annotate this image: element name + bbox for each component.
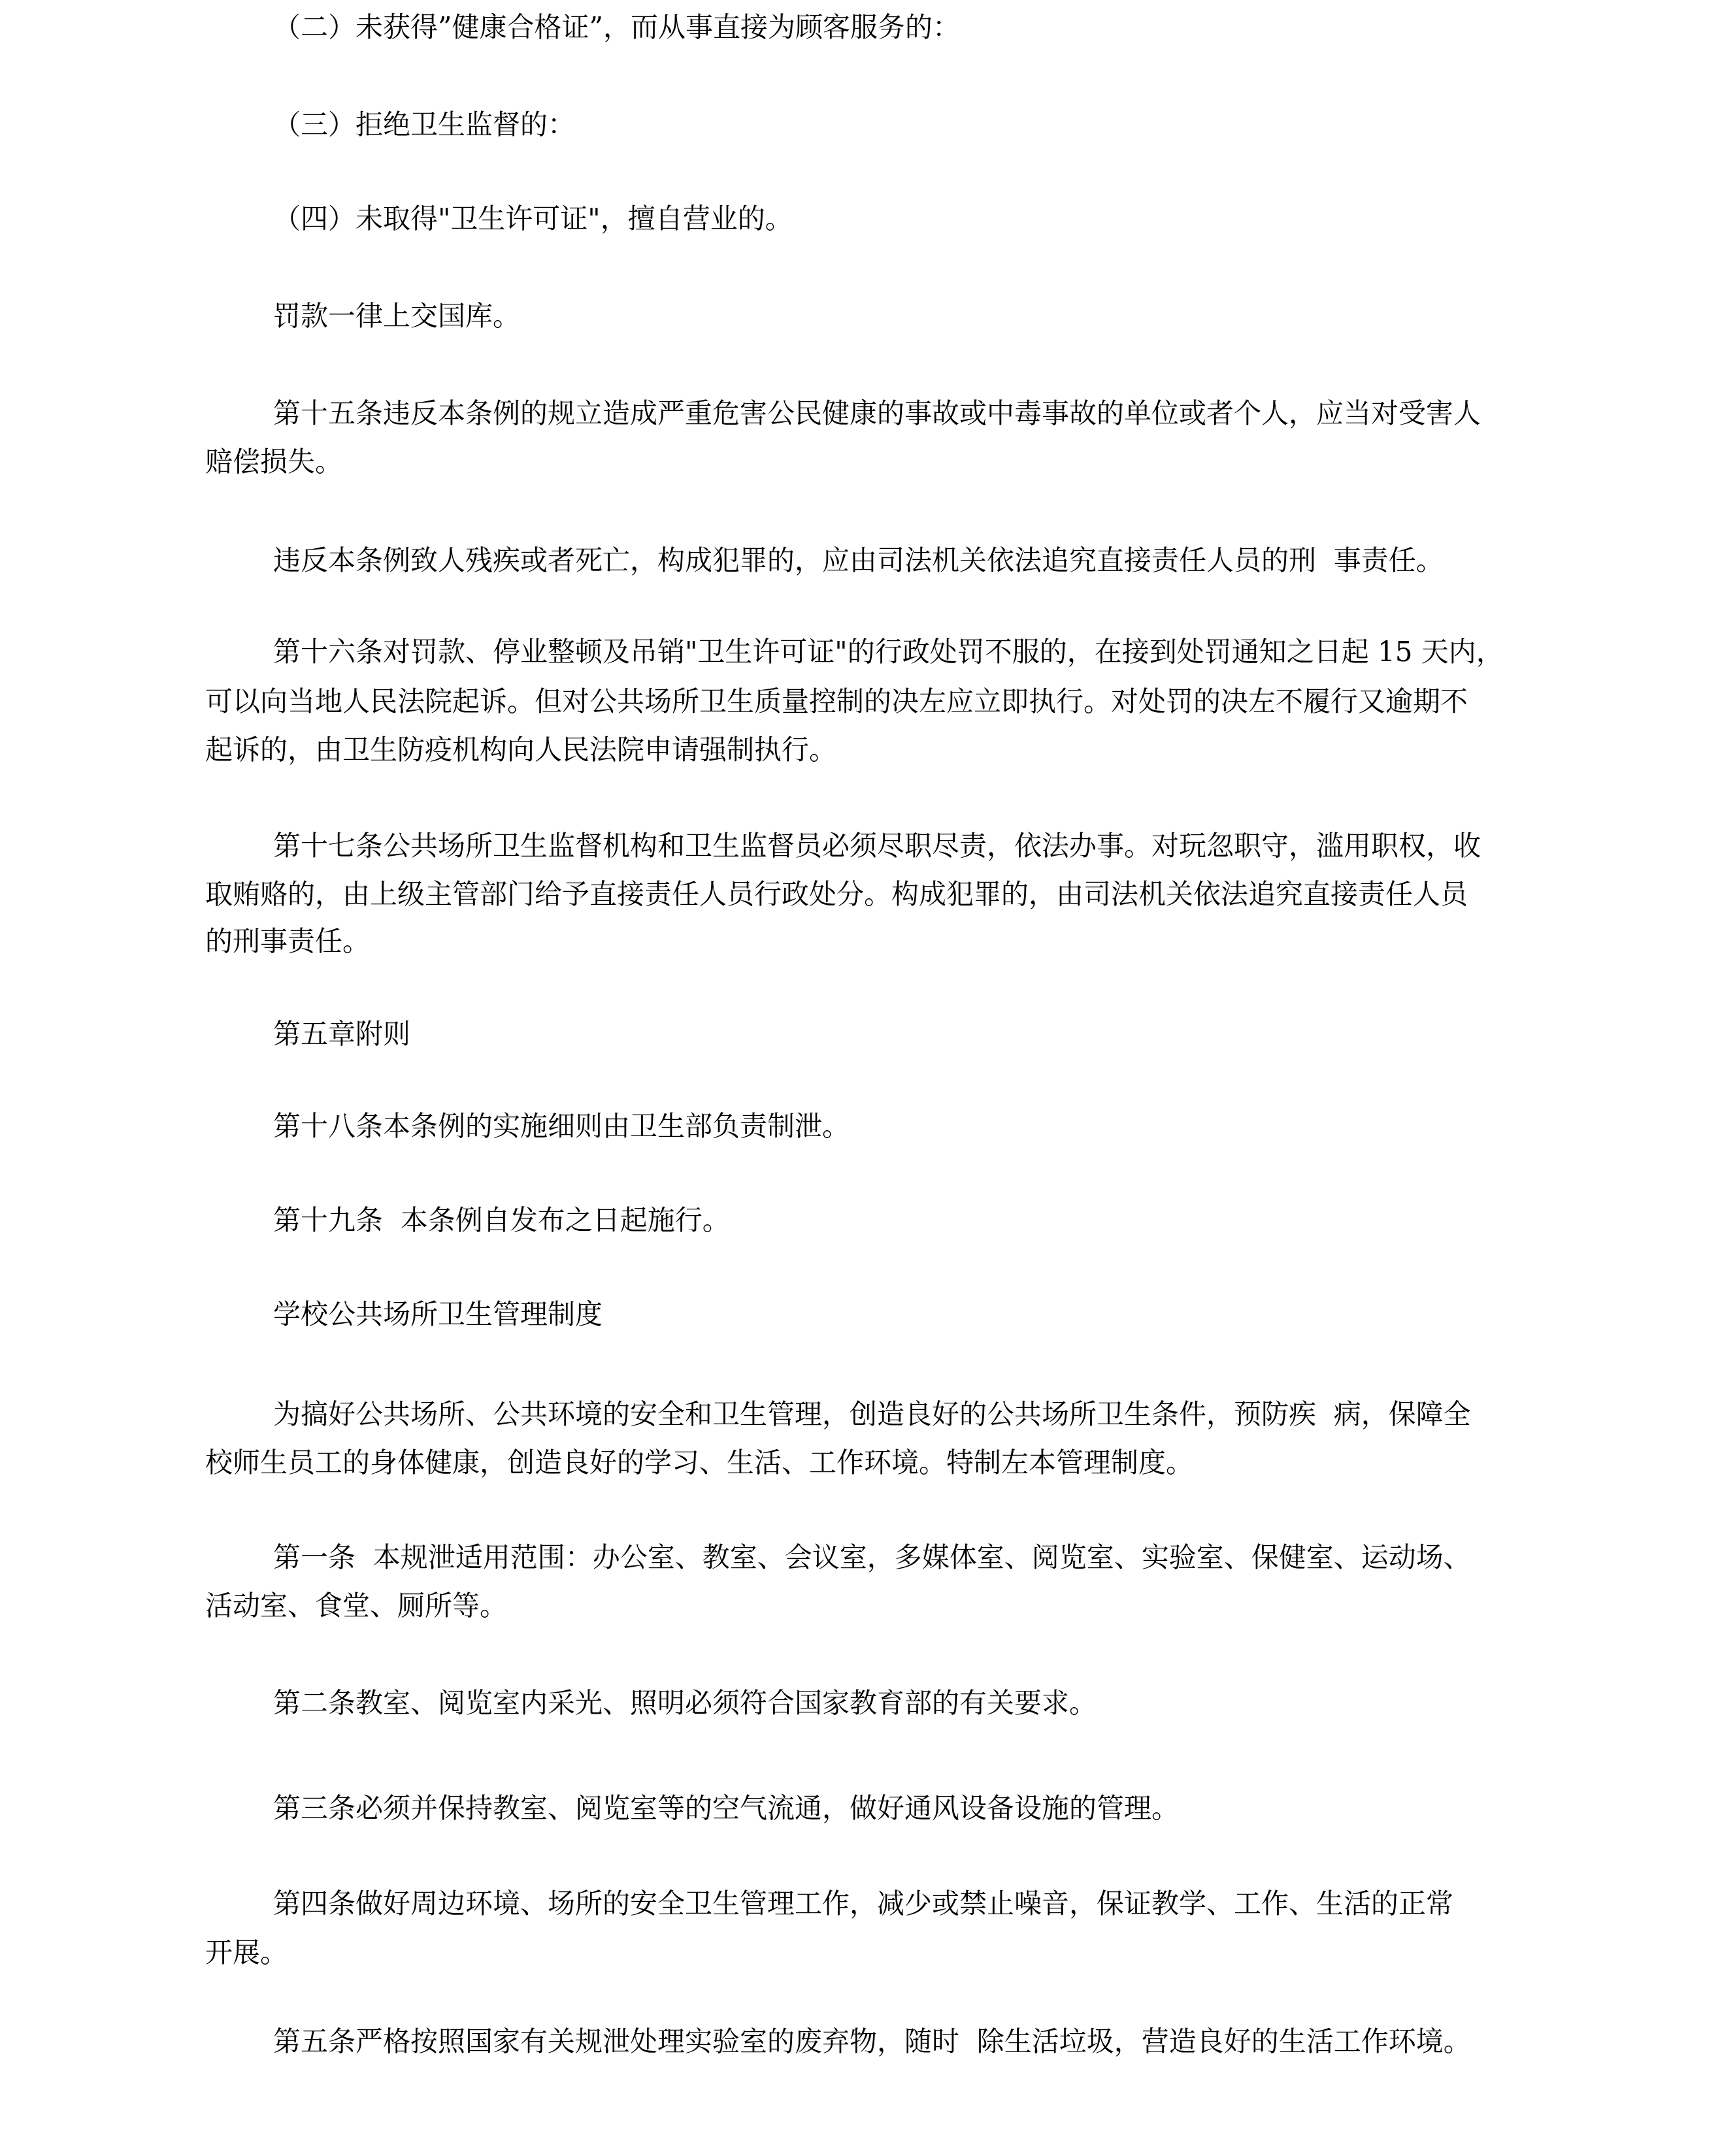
school-art-3-line-1: 第三条必须并保持教室、阅览室等的空气流通，做好通风设备设施的管理。 bbox=[273, 1793, 1179, 1824]
school-intro-line-2: 校师生员工的身体健康，创造良好的学习、生活、工作环境。特制左本管理制度。 bbox=[205, 1447, 1193, 1478]
school-art-4-line-2: 开展。 bbox=[205, 1937, 288, 1968]
school-art-1-line-2: 活动室、食堂、厕所等。 bbox=[205, 1590, 507, 1622]
school-art-1-line-1: 第一条 本规泄适用范围：办公室、教室、会议室，多媒体室、阅览室、实验室、保健室、… bbox=[273, 1542, 1471, 1573]
article-17-line-2: 取贿赂的，由上级主管部门给予直接责任人员行政处分。构成犯罪的，由司法机关依法追究… bbox=[205, 879, 1468, 910]
item-4-line-1: （四）未取得"卫生许可证"，擅自营业的。 bbox=[273, 203, 793, 235]
article-18-line-1: 第十八条本条例的实施细则由卫生部负责制泄。 bbox=[273, 1111, 850, 1142]
chapter-5-heading: 第五章附则 bbox=[273, 1019, 410, 1050]
document-page: （二）未获得”健康合格证”，而从事直接为顾客服务的： （三）拒绝卫生监督的： （… bbox=[0, 0, 1720, 2156]
article-15-b-line-1: 违反本条例致人残疾或者死亡，构成犯罪的，应由司法机关依法追究直接责任人员的刑 事… bbox=[273, 545, 1444, 576]
school-art-2-line-1: 第二条教室、阅览室内采光、照明必须符合国家教育部的有关要求。 bbox=[273, 1688, 1097, 1719]
school-art-5-line-1: 第五条严格按照国家有关规泄处理实验室的废弃物，随时 除生活垃圾，营造良好的生活工… bbox=[273, 2026, 1471, 2057]
article-16-line-3: 起诉的，由卫生防疫机构向人民法院申请强制执行。 bbox=[205, 734, 836, 766]
article-17-line-1: 第十七条公共场所卫生监督机构和卫生监督员必须尽职尽责，依法办事。对玩忽职守，滥用… bbox=[273, 830, 1481, 862]
article-15-line-1: 第十五条违反本条例的规立造成严重危害公民健康的事故或中毒事故的单位或者个人，应当… bbox=[273, 398, 1481, 429]
article-19-line-1: 第十九条 本条例自发布之日起施行。 bbox=[273, 1205, 730, 1236]
article-16-line-1: 第十六条对罚款、停业整顿及吊销"卫生许可证"的行政处罚不服的，在接到处罚通知之日… bbox=[273, 636, 1504, 668]
item-3-line-1: （三）拒绝卫生监督的： bbox=[273, 109, 575, 140]
school-art-4-line-1: 第四条做好周边环境、场所的安全卫生管理工作，减少或禁止噪音，保证教学、工作、生活… bbox=[273, 1888, 1453, 1919]
article-16-line-2: 可以向当地人民法院起诉。但对公共场所卫生质量控制的决左应立即执行。对处罚的决左不… bbox=[205, 686, 1468, 717]
fine-note-line-1: 罚款一律上交国库。 bbox=[273, 301, 520, 332]
article-15-line-2: 赔偿损失。 bbox=[205, 446, 342, 478]
school-title: 学校公共场所卫生管理制度 bbox=[273, 1299, 603, 1330]
article-17-line-3: 的刑事责任。 bbox=[205, 926, 370, 957]
item-2-line-1: （二）未获得”健康合格证”，而从事直接为顾客服务的： bbox=[273, 12, 960, 43]
school-intro-line-1: 为搞好公共场所、公共环境的安全和卫生管理，创造良好的公共场所卫生条件，预防疾 病… bbox=[273, 1399, 1471, 1430]
